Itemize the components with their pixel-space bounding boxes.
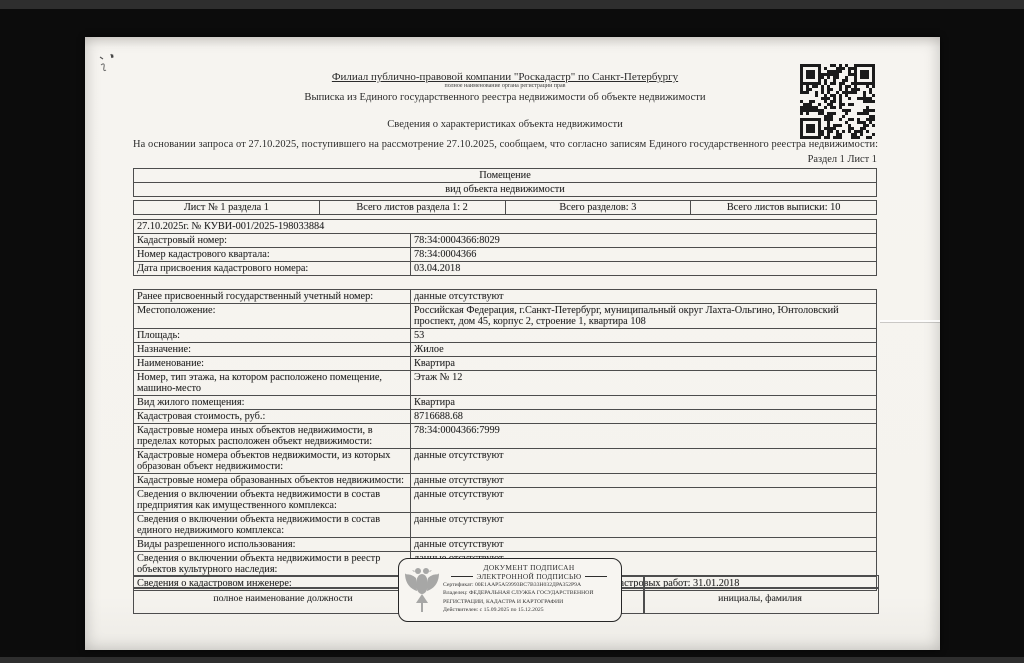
stamp-certificate: Сертификат: 00Е1ААР5А59993ВС7В33Н032ДРА3… (443, 582, 615, 589)
signature-left-caption: полное наименование должности (133, 593, 433, 604)
object-type-caption: вид объекта недвижимости (134, 183, 877, 197)
cadastral-table: 27.10.2025г. № КУВИ-001/2025-198033884 К… (133, 219, 877, 276)
table-row: Сведения о включении объекта недвижимост… (134, 488, 877, 513)
label-cell: Вид жилого помещения: (134, 396, 411, 410)
sheet-cell: Всего разделов: 3 (505, 201, 691, 215)
label-cell: Назначение: (134, 343, 411, 357)
stamp-dash-right (585, 576, 607, 577)
org-caption: полное наименование органа регистрации п… (133, 83, 877, 90)
value-cell: 53 (411, 329, 877, 343)
label-cell: Номер кадастрового квартала: (134, 248, 411, 262)
value-cell: 8716688.68 (411, 410, 877, 424)
request-number: 27.10.2025г. № КУВИ-001/2025-198033884 (134, 220, 877, 234)
label-cell: Сведения о включении объекта недвижимост… (134, 513, 411, 538)
label-cell: Сведения о включении объекта недвижимост… (134, 488, 411, 513)
document-page: Филиал публично-правовой компании "Роска… (85, 37, 940, 650)
table-row: Дата присвоения кадастрового номера: 03.… (134, 262, 877, 276)
top-strip (0, 0, 1024, 9)
label-cell: Номер, тип этажа, на котором расположено… (134, 371, 411, 396)
table-row: Кадастровые номера образованных объектов… (134, 474, 877, 488)
stamp-title-line1: ДОКУМЕНТ ПОДПИСАН (443, 563, 615, 572)
value-cell: данные отсутствуют (411, 538, 877, 552)
value-cell: Квартира (411, 357, 877, 371)
value-cell: 78:34:0004366:8029 (411, 234, 877, 248)
object-type: Помещение (134, 169, 877, 183)
org-name: Филиал публично-правовой компании "Роска… (133, 71, 877, 83)
bottom-strip (0, 657, 1024, 663)
value-cell: Квартира (411, 396, 877, 410)
value-cell: Российская Федерация, г.Санкт-Петербург,… (411, 304, 877, 329)
sheet-cell: Всего листов выписки: 10 (691, 201, 877, 215)
sheet-cell: Лист № 1 раздела 1 (134, 201, 320, 215)
table-row: Сведения о включении объекта недвижимост… (134, 513, 877, 538)
sheet-cell: Всего листов раздела 1: 2 (319, 201, 505, 215)
basis-line: На основании запроса от 27.10.2025, пост… (133, 139, 877, 151)
table-row: Кадастровые номера объектов недвижимости… (134, 449, 877, 474)
stamp-owner-line1: Владелец: ФЕДЕРАЛЬНАЯ СЛУЖБА ГОСУДАРСТВЕ… (443, 590, 615, 597)
label-cell: Ранее присвоенный государственный учетны… (134, 290, 411, 304)
label-cell: Местоположение: (134, 304, 411, 329)
digital-signature-stamp: ДОКУМЕНТ ПОДПИСАН ЭЛЕКТРОННОЙ ПОДПИСЬЮ С… (398, 558, 622, 622)
value-cell: Этаж № 12 (411, 371, 877, 396)
value-cell: Жилое (411, 343, 877, 357)
stamp-title-line2: ЭЛЕКТРОННОЙ ПОДПИСЬЮ (477, 572, 582, 581)
doc-title: Выписка из Единого государственного реес… (133, 92, 877, 104)
section-sheet-label: Раздел 1 Лист 1 (133, 154, 877, 166)
table-row: Кадастровые номера иных объектов недвижи… (134, 424, 877, 449)
label-cell: Площадь: (134, 329, 411, 343)
value-cell: 78:34:0004366:7999 (411, 424, 877, 449)
label-cell: Виды разрешенного использования: (134, 538, 411, 552)
table-row: Ранее присвоенный государственный учетны… (134, 290, 877, 304)
table-row: Наименование:Квартира (134, 357, 877, 371)
label-cell: Кадастровые номера образованных объектов… (134, 474, 411, 488)
viewer-frame: Филиал публично-правовой компании "Роска… (0, 0, 1024, 663)
label-cell: Наименование: (134, 357, 411, 371)
sheet-counters-table: Лист № 1 раздела 1 Всего листов раздела … (133, 200, 877, 215)
stamp-dash-left (451, 576, 473, 577)
label-cell: Дата присвоения кадастрового номера: (134, 262, 411, 276)
stamp-owner-line2: РЕГИСТРАЦИИ, КАДАСТРА И КАРТОГРАФИИ (443, 599, 615, 606)
characteristics-table: Ранее присвоенный государственный учетны… (133, 289, 877, 591)
scan-artifact (880, 320, 940, 322)
table-row: Виды разрешенного использования:данные о… (134, 538, 877, 552)
table-row: Площадь:53 (134, 329, 877, 343)
label-cell: Кадастровые номера объектов недвижимости… (134, 449, 411, 474)
label-cell: Кадастровый номер: (134, 234, 411, 248)
value-cell: данные отсутствуют (411, 290, 877, 304)
table-row: Кадастровая стоимость, руб.:8716688.68 (134, 410, 877, 424)
value-cell: 03.04.2018 (411, 262, 877, 276)
value-cell: данные отсутствуют (411, 513, 877, 538)
value-cell: данные отсутствуют (411, 449, 877, 474)
value-cell: данные отсутствуют (411, 488, 877, 513)
pen-mark-icon (97, 51, 119, 77)
stamp-validity: Действителен: с 15.09.2025 по 15.12.2025 (443, 607, 615, 614)
value-cell: 78:34:0004366 (411, 248, 877, 262)
table-row: Местоположение:Российская Федерация, г.С… (134, 304, 877, 329)
label-cell: Кадастровые номера иных объектов недвижи… (134, 424, 411, 449)
label-cell: Сведения о включении объекта недвижимост… (134, 552, 411, 577)
object-type-table: Помещение вид объекта недвижимости (133, 168, 877, 197)
table-row: Вид жилого помещения:Квартира (134, 396, 877, 410)
section-title: Сведения о характеристиках объекта недви… (133, 119, 877, 131)
table-row: Номер кадастрового квартала: 78:34:00043… (134, 248, 877, 262)
signature-right-caption: инициалы, фамилия (643, 593, 877, 604)
table-row: Кадастровый номер: 78:34:0004366:8029 (134, 234, 877, 248)
table-row: Назначение:Жилое (134, 343, 877, 357)
coat-of-arms-icon (404, 562, 440, 616)
table-row: Номер, тип этажа, на котором расположено… (134, 371, 877, 396)
value-cell: данные отсутствуют (411, 474, 877, 488)
label-cell: Кадастровая стоимость, руб.: (134, 410, 411, 424)
